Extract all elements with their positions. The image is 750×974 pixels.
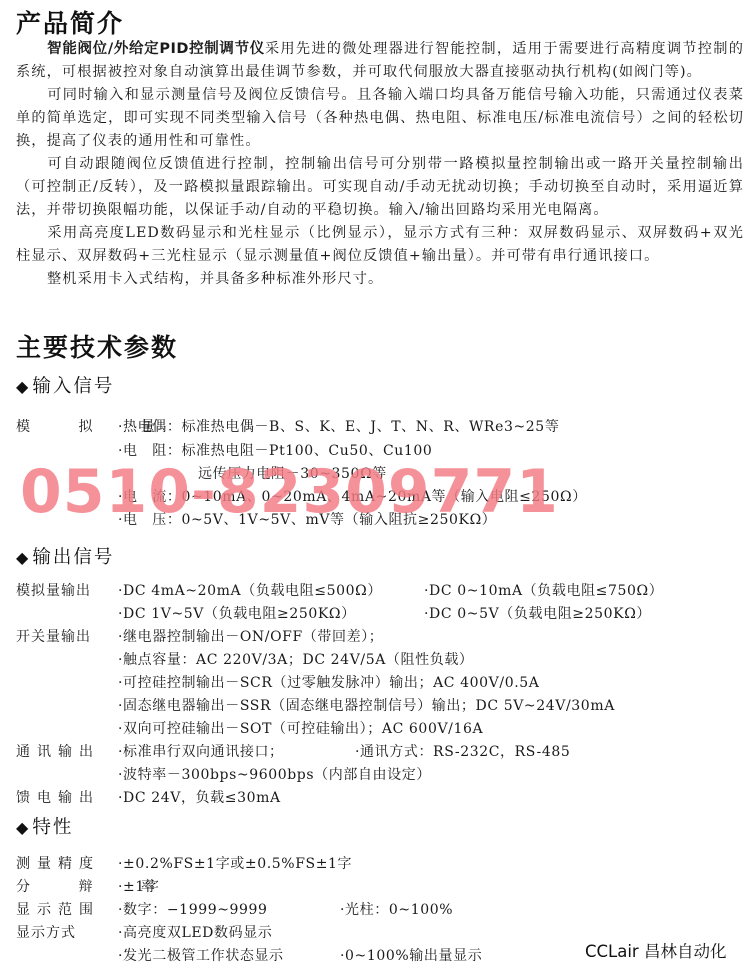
diamond-icon: ◆ <box>16 548 30 567</box>
brand-logo: CCLair 昌林自动化 <box>585 938 726 962</box>
input-line: ·电 压：0~5V、1V~5V、mV等（输入阻抗≥250KΩ） <box>118 509 496 529</box>
output-heading: ◆输出信号 <box>16 543 114 569</box>
diamond-icon: ◆ <box>16 377 30 396</box>
switch-output-line: ·双向可控硅输出－SOT（可控硅输出）；AC 600V/16A <box>118 718 483 738</box>
features-heading: ◆特性 <box>16 813 73 839</box>
switch-output-label: 开关量输出 <box>16 626 91 646</box>
display-line: ·高亮度双LED数码显示 <box>118 922 272 942</box>
input-heading: ◆输入信号 <box>16 372 114 398</box>
display-line: ·0~100%输出量显示 <box>340 945 482 965</box>
accuracy-label: 测量精度 <box>16 853 100 873</box>
intro-paragraph-5: 整机采用卡入式结构，并具备多种标准外形尺寸。 <box>16 268 744 291</box>
input-line: ·电 流：0~10mA、0~20mA、4mA~20mA等（输入电阻≤250Ω） <box>118 486 587 506</box>
input-line: 远传压力电阻－30~350Ω等 <box>198 463 387 483</box>
intro-paragraph-3: 可自动跟随阀位反馈值进行控制，控制输出信号可分别带一路模拟量控制输出或一路开关量… <box>16 153 744 222</box>
display-label: 显示方式 <box>16 922 76 942</box>
analog-output-line: ·DC 4mA~20mA（负载电阻≤500Ω） <box>118 580 382 600</box>
range-label: 显示范围 <box>16 899 100 919</box>
specs-title: 主要技术参数 <box>16 328 178 364</box>
switch-output-line: ·固态继电器输出－SSR（固态继电器控制信号）输出；DC 5V~24V/30mA <box>118 695 615 715</box>
intro-paragraph-2: 可同时输入和显示测量信号及阀位反馈信号。且各输入端口均具备万能信号输入功能，只需… <box>16 84 744 153</box>
input-line: ·热电偶：标准热电偶－B、S、K、E、J、T、N、R、WRe3~25等 <box>118 416 559 436</box>
range-bar: ·光柱：0~100% <box>340 899 453 919</box>
input-line: ·电 阻：标准热电阻－Pt100、Cu50、Cu100 <box>118 440 432 460</box>
accuracy-value: ·±0.2%FS±1字或±0.5%FS±1字 <box>118 853 352 873</box>
display-line: ·发光二极管工作状态显示 <box>118 945 284 965</box>
switch-output-line: ·触点容量：AC 220V/3A；DC 24V/5A（阻性负载） <box>118 649 474 669</box>
intro-paragraph-4: 采用高亮度LED数码显示和光柱显示（比例显示），显示方式有三种：双屏数码显示、双… <box>16 222 744 268</box>
feed-output-line: ·DC 24V，负载≤30mA <box>118 787 281 807</box>
diamond-icon: ◆ <box>16 818 30 837</box>
analog-output-line: ·DC 0~10mA（负载电阻≤750Ω） <box>424 580 663 600</box>
feed-output-label: 馈电输出 <box>16 787 100 807</box>
resolution-value: ·±1字 <box>118 876 160 896</box>
comm-output-label: 通讯输出 <box>16 741 100 761</box>
comm-output-line: ·标准串行双向通讯接口； <box>118 741 284 761</box>
analog-output-line: ·DC 1V~5V（负载电阻≥250KΩ） <box>118 603 356 623</box>
range-digital: ·数字：−1999~9999 <box>118 899 268 919</box>
analog-output-line: ·DC 0~5V（负载电阻≥250KΩ） <box>424 603 651 623</box>
switch-output-line: ·可控硅控制输出－SCR（过零触发脉冲）输出；AC 400V/0.5A <box>118 672 540 692</box>
intro-title: 产品简介 <box>16 4 124 40</box>
product-name: 智能阀位/外给定PID控制调节仪 <box>47 41 265 57</box>
intro-paragraph-1: 智能阀位/外给定PID控制调节仪采用先进的微处理器进行智能控制，适用于需要进行高… <box>16 38 744 84</box>
analog-output-label: 模拟量输出 <box>16 580 91 600</box>
comm-output-line: ·通讯方式：RS-232C，RS-485 <box>355 741 570 761</box>
comm-output-line: ·波特率－300bps~9600bps（内部自由设定） <box>118 764 431 784</box>
switch-output-line: ·继电器控制输出－ON/OFF（带回差）； <box>118 626 383 646</box>
